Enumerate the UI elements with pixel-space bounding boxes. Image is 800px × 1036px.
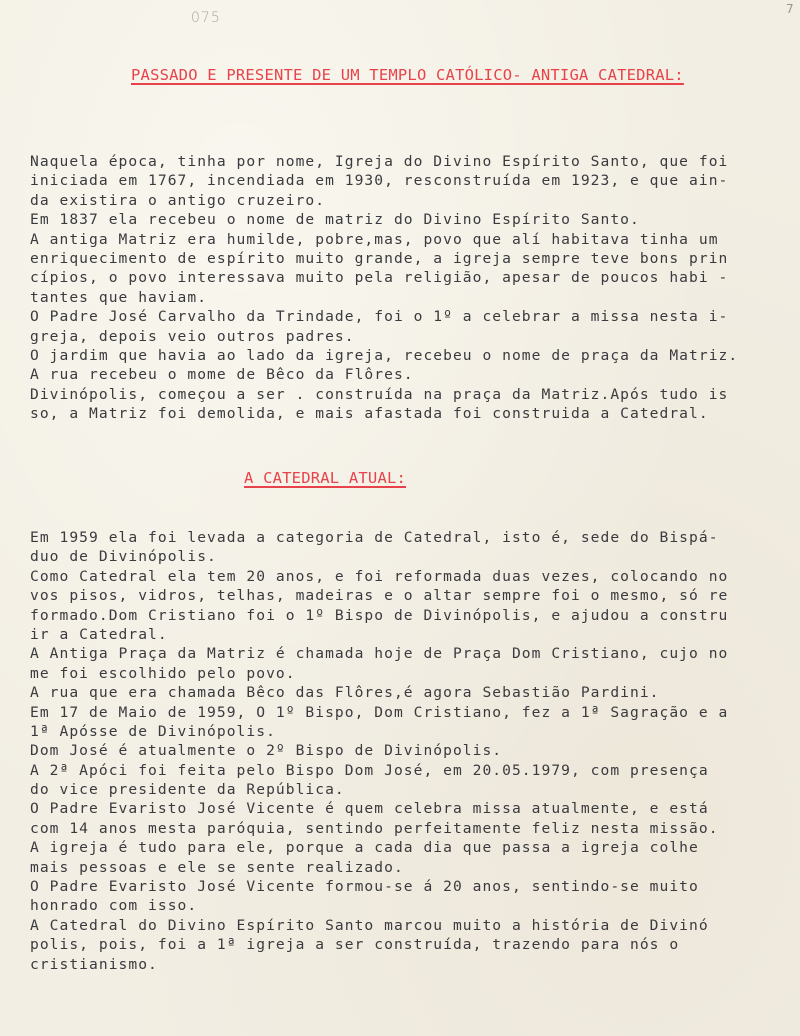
text-line: do vice presidente da República. [30, 780, 728, 799]
text-line: duo de Divinópolis. [30, 547, 728, 566]
text-line: A rua recebeu o mome de Bêco da Flôres. [30, 365, 738, 384]
text-line: O Padre José Carvalho da Trindade, foi o… [30, 307, 738, 326]
section-heading-current: A CATEDRAL ATUAL: [244, 469, 406, 487]
text-line: me foi escolhido pelo povo. [30, 664, 728, 683]
corner-mark: 7 [786, 2, 794, 16]
section-body-current: Em 1959 ela foi levada a categoria de Ca… [30, 528, 728, 974]
text-line: A antiga Matriz era humilde, pobre,mas, … [30, 230, 738, 249]
text-line: mais pessoas e ele se sente realizado. [30, 858, 728, 877]
text-line: A rua que era chamada Bêco das Flôres,é … [30, 683, 728, 702]
text-line: cristianismo. [30, 955, 728, 974]
document-page: 075 7 PASSADO E PRESENTE DE UM TEMPLO CA… [0, 0, 800, 1036]
text-line: honrado com isso. [30, 896, 728, 915]
text-line: A Catedral do Divino Espírito Santo marc… [30, 916, 728, 935]
text-line: greja, depois veio outros padres. [30, 327, 738, 346]
text-line: ir a Catedral. [30, 625, 728, 644]
text-line: enriquecimento de espírito muito grande,… [30, 249, 738, 268]
text-line: tantes que haviam. [30, 288, 738, 307]
section-heading-past: PASSADO E PRESENTE DE UM TEMPLO CATÓLICO… [131, 66, 684, 84]
text-line: A Antiga Praça da Matriz é chamada hoje … [30, 644, 728, 663]
archive-number: 075 [191, 10, 221, 26]
text-line: O Padre Evaristo José Vicente formou-se … [30, 877, 728, 896]
text-line: A igreja é tudo para ele, porque a cada … [30, 838, 728, 857]
text-line: Em 1837 ela recebeu o nome de matriz do … [30, 210, 738, 229]
text-line: Naquela época, tinha por nome, Igreja do… [30, 152, 738, 171]
text-line: Em 1959 ela foi levada a categoria de Ca… [30, 528, 728, 547]
section-body-past: Naquela época, tinha por nome, Igreja do… [30, 152, 738, 423]
text-line: O jardim que havia ao lado da igreja, re… [30, 346, 738, 365]
text-line: 1ª Apósse de Divinópolis. [30, 722, 728, 741]
text-line: Dom José é atualmente o 2º Bispo de Divi… [30, 741, 728, 760]
text-line: com 14 anos mesta paróquia, sentindo per… [30, 819, 728, 838]
text-line: O Padre Evaristo José Vicente é quem cel… [30, 799, 728, 818]
text-line: polis, pois, foi a 1ª igreja a ser const… [30, 935, 728, 954]
text-line: vos pisos, vidros, telhas, madeiras e o … [30, 586, 728, 605]
text-line: Em 17 de Maio de 1959, O 1º Bispo, Dom C… [30, 703, 728, 722]
text-line: A 2ª Apóci foi feita pelo Bispo Dom José… [30, 761, 728, 780]
text-line: iniciada em 1767, incendiada em 1930, re… [30, 171, 738, 190]
text-line: da existira o antigo cruzeiro. [30, 191, 738, 210]
text-line: Divinópolis, começou a ser . construída … [30, 385, 738, 404]
text-line: formado.Dom Cristiano foi o 1º Bispo de … [30, 606, 728, 625]
text-line: so, a Matriz foi demolida, e mais afasta… [30, 404, 738, 423]
text-line: cípios, o povo interessava muito pela re… [30, 268, 738, 287]
text-line: Como Catedral ela tem 20 anos, e foi ref… [30, 567, 728, 586]
